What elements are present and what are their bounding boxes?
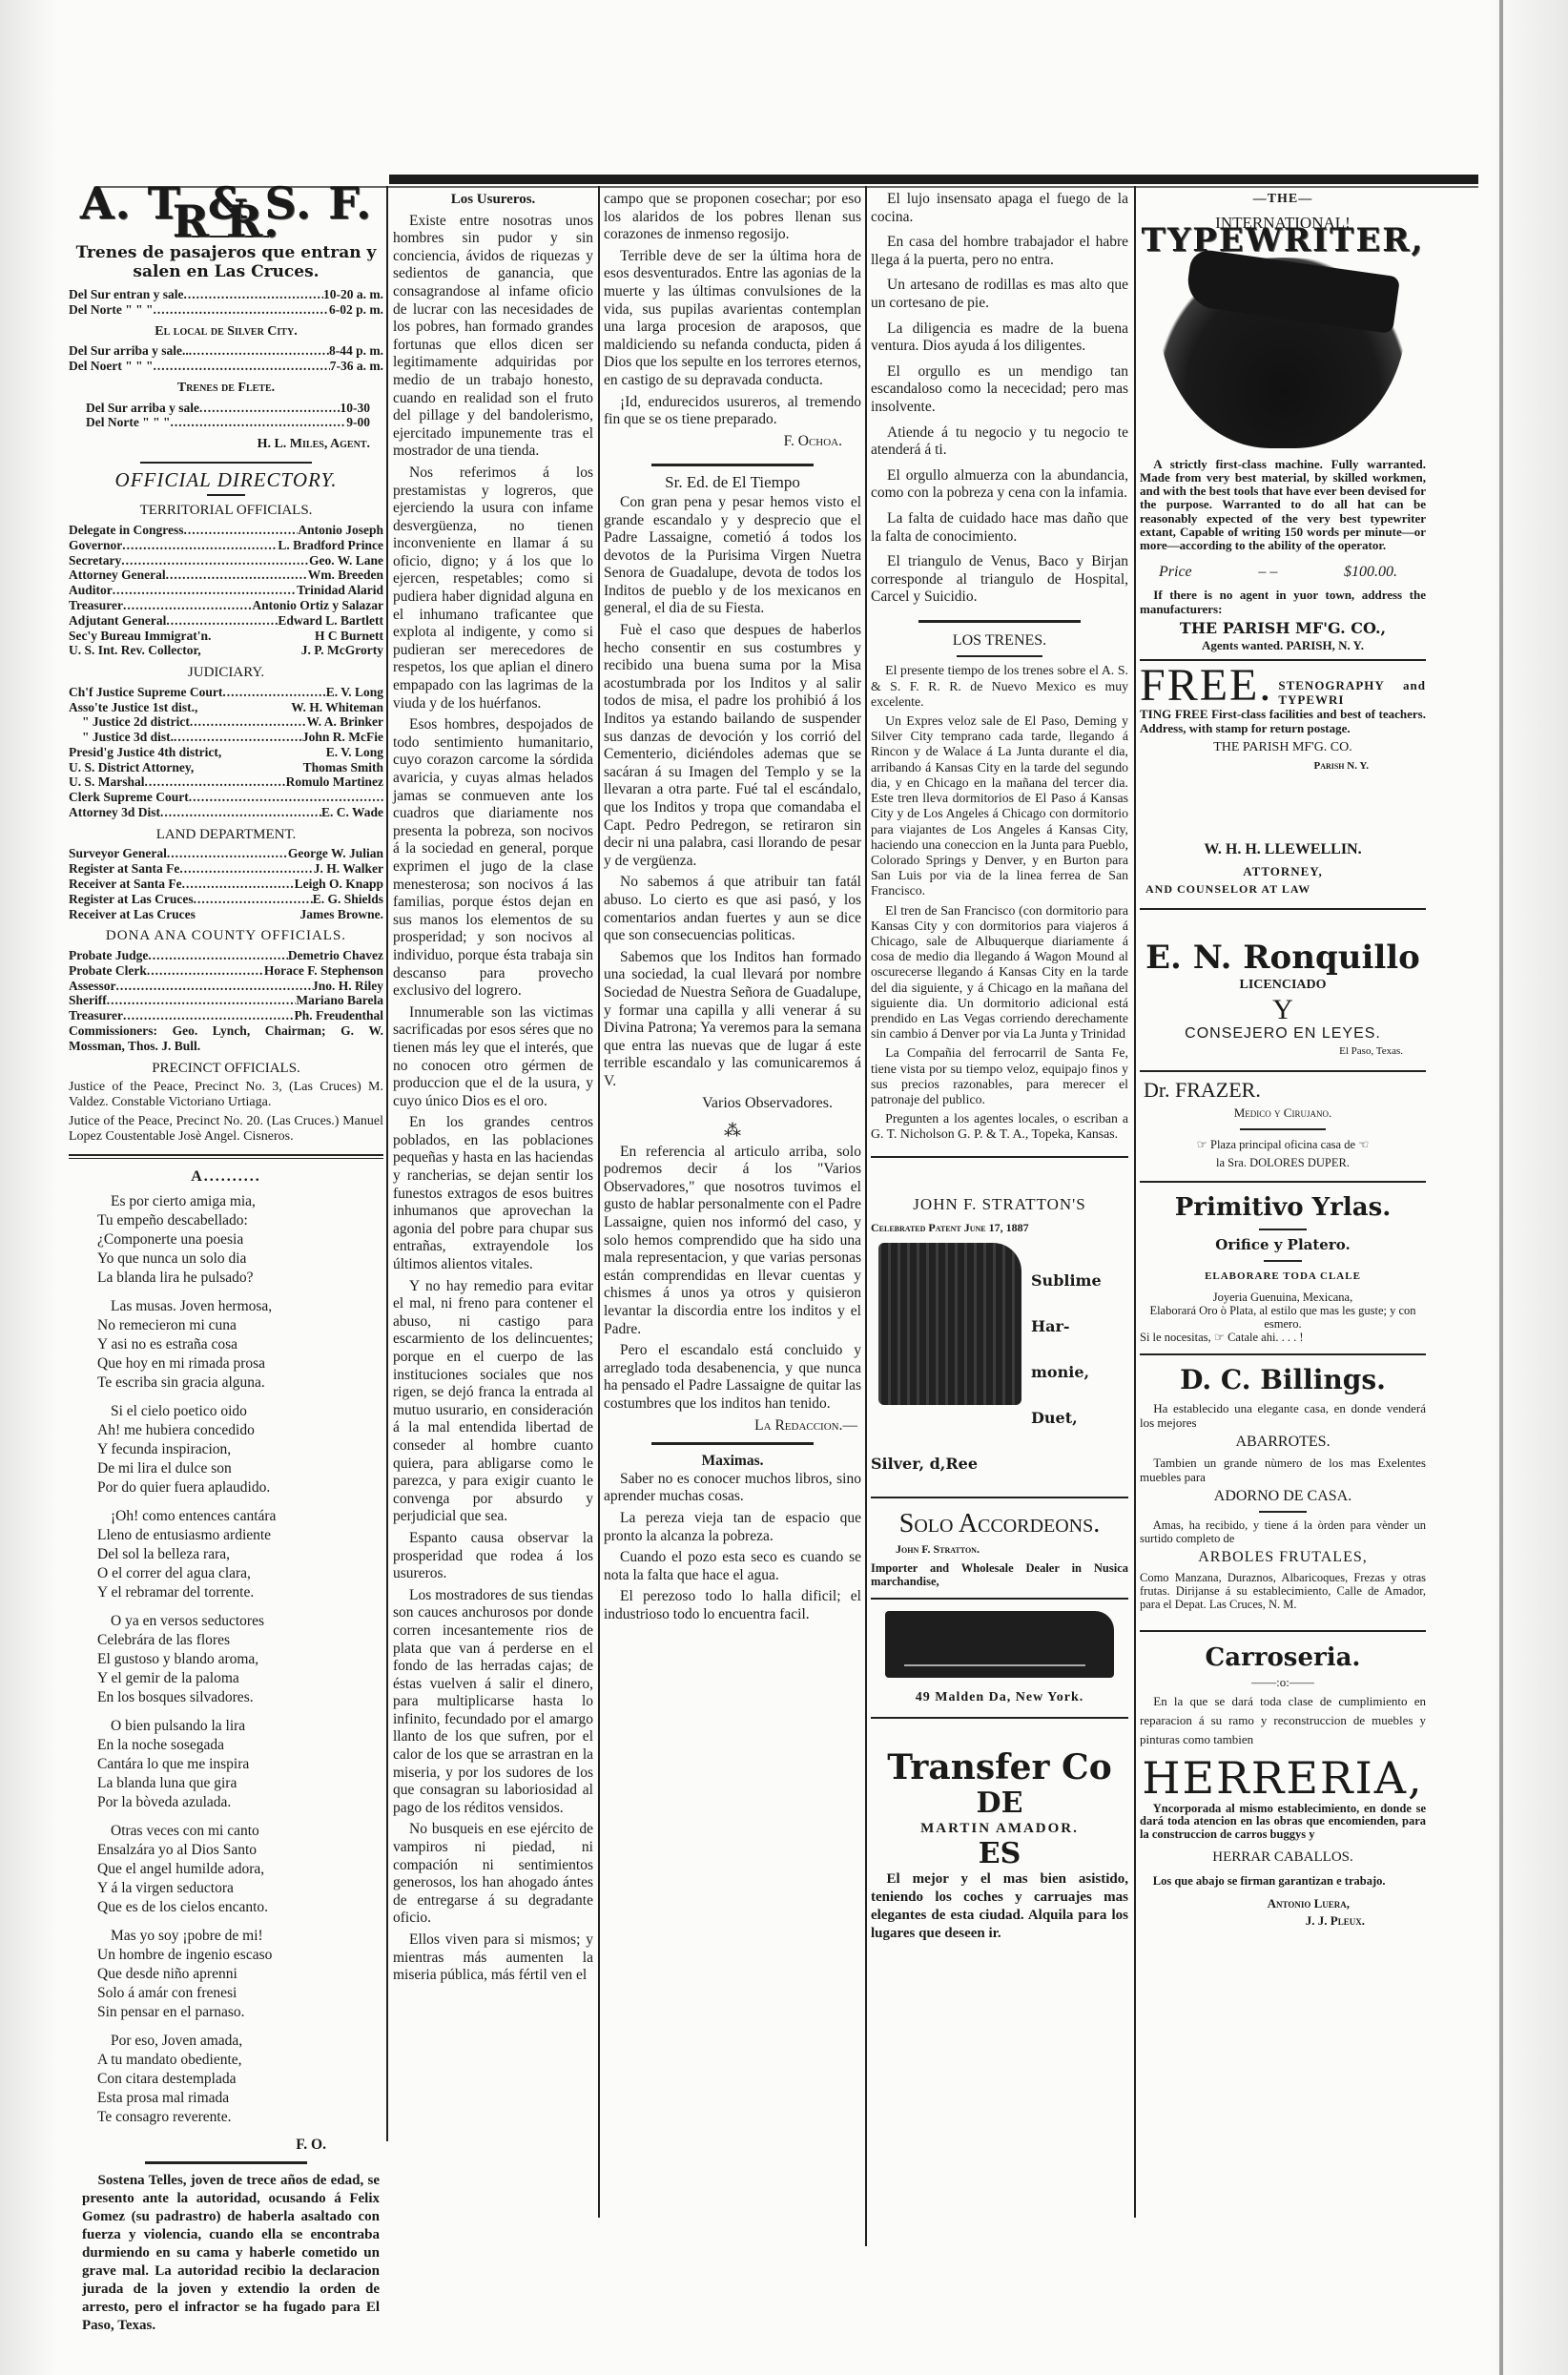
free-company: THE PARISH MF'G. CO. <box>1140 739 1426 757</box>
stratton-desc: Importer and Wholesale Dealer in Nusica … <box>871 1561 1128 1588</box>
free-word: FREE. <box>1140 665 1272 707</box>
directory-row: SecretaryGeo. W. Lane <box>69 553 383 568</box>
directory-row: Ch'f Justice Supreme CourtE. V. Long <box>69 685 383 700</box>
proverb: El orgullo es un mendigo tan escandaloso… <box>871 363 1128 417</box>
paragraph: Fuè el caso que despues de haberlos hech… <box>604 622 861 870</box>
freight-schedule: Del Sur arriba y sale10-30 Del Norte " "… <box>69 401 383 431</box>
paragraph: Los mostradores de sus tiendas son cauce… <box>393 1587 593 1818</box>
proverb: La diligencia es madre de la buena ventu… <box>871 320 1128 356</box>
column-3: campo que se proponen cosechar; por eso … <box>604 191 861 1628</box>
paragraph: Pregunten a los agentes locales, o escri… <box>871 1111 1128 1142</box>
yrlas-title: Orifice y Platero. <box>1140 1236 1426 1254</box>
paragraph: campo que se proponen cosechar; por eso … <box>604 191 861 244</box>
directory-row: Receiver at Santa FeLeigh O. Knapp <box>69 877 383 892</box>
divider <box>1140 1181 1426 1183</box>
divider <box>1140 1070 1426 1072</box>
herreria-text: Yncorporada al mismo establecimiento, en… <box>1140 1803 1426 1842</box>
trenes-body: El presente tiempo de los trenes sobre e… <box>871 663 1128 1142</box>
directory-row: Sec'y Bureau Immigrat'n.H C Burnett <box>69 629 383 644</box>
column-2: Los Usureros. Existe entre nosotras unos… <box>393 191 593 1989</box>
paragraph: Nos referimos á los prestamistas y logre… <box>393 465 593 712</box>
directory-row: Probate ClerkHorace F. Stephenson <box>69 963 383 979</box>
paragraph: Innumerable son las victimas sacrificada… <box>393 1004 593 1111</box>
directory-row: " Justice 3d dist.John R. McFie <box>69 730 383 745</box>
section-heading: LAND DEPARTMENT. <box>69 826 383 844</box>
telles-article: Sostena Telles, joven de trece años de e… <box>69 2172 383 2335</box>
paragraph: Sabemos que los Inditos han formado una … <box>604 949 861 1091</box>
frazer-ad: Dr. FRAZER. Medico y Cirujano. ☞ Plaza p… <box>1140 1082 1426 1183</box>
section-heading: PRECINCT OFFICIALS. <box>69 1060 383 1078</box>
maximas-title: Maximas. <box>604 1453 861 1471</box>
transfer-text: El mejor y el mas bien asistido, teniend… <box>871 1870 1128 1943</box>
trenes-title: LOS TRENES. <box>871 632 1128 651</box>
proverb: Atiende á tu negocio y tu negocio te ate… <box>871 424 1128 460</box>
stanza: O ya en versos seductoresCelebrára de la… <box>97 1612 383 1707</box>
section-heading: DONA ANA COUNTY OFFICIALS. <box>69 927 383 945</box>
directory-row: Clerk Supreme Court <box>69 790 383 805</box>
paragraph: Esos hombres, despojados de todo sentimi… <box>393 716 593 1001</box>
carroseria-title: Carroseria. <box>1140 1642 1426 1674</box>
signature: La Redaccion.— <box>604 1417 857 1435</box>
billings-arboles: ARBOLES FRUTALES, <box>1140 1549 1426 1567</box>
directory-row: Adjutant GeneralEdward L. Bartlett <box>69 613 383 629</box>
paragraph: La Compañia del ferrocarril de Santa Fe,… <box>871 1045 1128 1107</box>
accordeons-title: Solo Accordeons. <box>871 1508 1128 1540</box>
directory-row: Register at Las CrucesE. G. Shields <box>69 892 383 907</box>
free-ad-header: FREE. STENOGRAPHY and TYPEWRI <box>1140 665 1426 707</box>
directory-row: Probate JudgeDemetrio Chavez <box>69 948 383 963</box>
paragraph: No sabemos á que atribuir tan fatál abus… <box>604 874 861 944</box>
freight-heading: Trenes de Flete. <box>69 380 383 398</box>
transfer-title: Transfer Co <box>871 1747 1128 1787</box>
free-place: Parish N. Y. <box>1140 757 1369 775</box>
directory-row: AssessorJno. H. Riley <box>69 979 383 994</box>
proverb: El orgullo almuerza con la abundancia, c… <box>871 467 1128 503</box>
herrar-caballos: HERRAR CABALLOS. <box>1140 1848 1426 1867</box>
column-1: A. T. & S. F. R R. Trenes de pasajeros q… <box>69 191 383 2339</box>
free-side: STENOGRAPHY and TYPEWRI <box>1278 678 1426 707</box>
divider <box>1140 1353 1426 1355</box>
paragraph: ¡Id, endurecidos usureros, al tremendo f… <box>604 394 861 429</box>
divider <box>1140 1630 1426 1632</box>
directory-row: U. S. MarshalRomulo Martinez <box>69 774 383 790</box>
directory-row: U. S. District Attorney,Thomas Smith <box>69 760 383 775</box>
directory-row: Presid'g Justice 4th district,E. V. Long <box>69 745 383 760</box>
price-label: Price <box>1159 564 1192 582</box>
usureros-title: Los Usureros. <box>393 191 593 209</box>
frazer-name: Dr. FRAZER. <box>1140 1082 1426 1100</box>
railroad-masthead: A. T. & S. F. R R. <box>69 195 383 230</box>
typewriter-the: —THE— <box>1140 191 1426 209</box>
divider <box>145 2161 307 2164</box>
divider <box>1240 1128 1326 1130</box>
stanza: Mas yo soy ¡pobre de mi!Un hombre de ing… <box>97 1927 383 2022</box>
divider <box>1259 1229 1307 1230</box>
transfer-de: DE <box>871 1787 1128 1820</box>
paragraph: En referencia al articulo arriba, solo p… <box>604 1144 861 1339</box>
typewriter-company: THE PARISH MF'G. CO., <box>1140 620 1426 638</box>
paragraph: Un Expres veloz sale de El Paso, Deming … <box>871 713 1128 898</box>
frazer-office: ☞ Plaza principal oficina casa de ☜ <box>1140 1136 1426 1154</box>
llewellin-name: W. H. H. LLEWELLIN. <box>1140 841 1426 859</box>
stratton-patent: Celebrated Patent June 17, 1887 <box>871 1219 1128 1237</box>
poem-signature: F. O. <box>69 2137 326 2155</box>
divider-double <box>69 1154 383 1159</box>
stratton-title: JOHN F. STRATTON'S <box>871 1196 1128 1214</box>
herreria-title: HERRERIA, <box>1140 1753 1426 1803</box>
stanza: Por eso, Joven amada,A tu mandato obedie… <box>97 2032 383 2127</box>
directory-row: Receiver at Las CrucesJames Browne. <box>69 907 383 922</box>
poem: Es por cierto amiga mia,Tu empeño descab… <box>69 1192 383 2127</box>
typewriter-illustration <box>1159 258 1407 448</box>
ronquillo-ad: E. N. Ronquillo LICENCIADO Y CONSEJERO E… <box>1140 939 1426 1072</box>
proverb: En casa del hombre trabajador el habre l… <box>871 234 1128 269</box>
harmonica-illustration <box>885 1611 1114 1678</box>
llewellin-ad: W. H. H. LLEWELLIN. ATTORNEY, AND COUNSE… <box>1140 841 1426 910</box>
divider <box>871 1717 1128 1719</box>
divider <box>1140 908 1426 910</box>
stratton-ad: JOHN F. STRATTON'S Celebrated Patent Jun… <box>871 1196 1128 1719</box>
column-divider-3 <box>865 186 867 2246</box>
ronquillo-name: E. N. Ronquillo <box>1140 939 1426 977</box>
column-4: El lujo insensato apaga el fuego de la c… <box>871 191 1128 1947</box>
commissioners: Commissioners: Geo. Lynch, Chairman; G. … <box>69 1023 383 1054</box>
passenger-schedule: Del Sur entran y sale10-20 a. m. Del Nor… <box>69 287 383 318</box>
schedule-row: Del Noert " " "7-36 a. m. <box>69 359 383 374</box>
schedule-row: Del Sur arriba y sale..8-44 p. m. <box>69 343 383 359</box>
column-divider-2 <box>598 186 600 2218</box>
paragraph: Con gran pena y pesar hemos visto el gra… <box>604 494 861 618</box>
paragraph: La pereza vieja tan de espacio que pront… <box>604 1510 861 1545</box>
transfer-owner: MARTIN AMADOR. <box>871 1820 1128 1838</box>
directory-row: AuditorTrinidad Alarid <box>69 583 383 598</box>
divider <box>207 494 245 496</box>
divider <box>651 1442 814 1445</box>
billings-adorno: ADORNO DE CASA. <box>1140 1488 1426 1506</box>
section-heading: TERRITORIAL OFFICIALS. <box>69 502 383 520</box>
signature: F. Ochoa. <box>604 433 842 451</box>
yrlas-text2: Elaborará Oro ò Plata, al estilo que mas… <box>1140 1304 1426 1331</box>
typewriter-agents: Agents wanted. PARISH, N. Y. <box>1140 637 1426 655</box>
billings-intro: Ha establecido una elegante casa, en don… <box>1140 1401 1426 1430</box>
stanza: ¡Oh! como entences cantáraLleno de entus… <box>97 1507 383 1602</box>
directory-row: " Justice 2d districtW. A. Brinker <box>69 714 383 730</box>
schedule-row: Del Norte " " "6-02 p. m. <box>69 302 383 318</box>
divider <box>871 1598 1128 1600</box>
paragraph: No busqueis en ese ejército de vampiros … <box>393 1821 593 1928</box>
divider <box>871 1497 1128 1498</box>
stanza: Otras veces con mi cantoEnsalzára yo al … <box>97 1822 383 1917</box>
stanza: O bien pulsando la liraEn la noche soseg… <box>97 1717 383 1812</box>
directory-row: Delegate in CongressAntonio Joseph <box>69 523 383 538</box>
typewriter-title: TYPEWRITER, <box>1140 232 1426 250</box>
typewriter-desc: A strictly first-class machine. Fully wa… <box>1140 458 1426 552</box>
section-heading: JUDICIARY. <box>69 664 383 682</box>
ronquillo-place: El Paso, Texas. <box>1140 1043 1403 1061</box>
schedule-row: Del Sur arriba y sale10-30 <box>86 401 370 416</box>
directory-row: TreasurerAntonio Ortiz y Salazar <box>69 598 383 613</box>
paragraph: Ellos viven para si mismos; y mientras m… <box>393 1931 593 1985</box>
free-text: TING FREE First-class facilities and bes… <box>1140 707 1426 735</box>
paragraph: Terrible deve de ser la última hora de e… <box>604 248 861 390</box>
price-dashes: – – <box>1258 564 1277 582</box>
paragraph: Espanto causa observar la prosperidad qu… <box>393 1530 593 1583</box>
ronquillo-sub: CONSEJERO EN LEYES. <box>1140 1025 1426 1043</box>
proverb: El lujo insensato apaga el fuego de la c… <box>871 191 1128 226</box>
railroad-subtitle: Trenes de pasajeros que entran y salen e… <box>69 243 383 281</box>
accordion-illustration <box>878 1243 1021 1405</box>
directory-row: Attorney 3d DistE. C. Wade <box>69 805 383 820</box>
paragraph: Y no hay remedio para evitar el mal, ni … <box>393 1278 593 1526</box>
local-heading: El local de Silver City. <box>69 323 383 341</box>
ronquillo-title: LICENCIADO <box>1140 977 1426 995</box>
divider <box>1264 1260 1302 1262</box>
directory-row: Surveyor GeneralGeorge W. Julian <box>69 846 383 861</box>
directory-row: U. S. Int. Rev. Collector,J. P. McGrorty <box>69 643 383 658</box>
paragraph: El perezoso todo lo halla dificil; el in… <box>604 1588 861 1623</box>
divider <box>957 655 1042 657</box>
divider <box>651 464 814 466</box>
paragraph: El presente tiempo de los trenes sobre e… <box>871 663 1128 710</box>
yrlas-text3: Si le nocesitas, ☞ Catale ahi. . . . ! <box>1140 1331 1426 1344</box>
letter-title: Sr. Ed. de El Tiempo <box>604 474 861 492</box>
carroseria-guarantee: Los que abajo se firman garantizan e tra… <box>1140 1874 1426 1888</box>
railroad-agent: H. L. Miles, Agent. <box>69 436 370 454</box>
carroseria-ornament: ——:o:—— <box>1140 1674 1426 1692</box>
directory-territorial: TERRITORIAL OFFICIALS. Delegate in Congr… <box>69 502 383 658</box>
directory-title: OFFICIAL DIRECTORY. <box>69 471 383 489</box>
yrlas-ad: Primitivo Yrlas. Orifice y Platero. ELAB… <box>1140 1192 1426 1355</box>
signer: J. J. Pleux. <box>1140 1912 1365 1931</box>
yrlas-text1: Joyeria Guenuina, Mexicana, <box>1140 1291 1426 1304</box>
divider <box>140 462 312 464</box>
signature: Varios Observadores. <box>604 1095 833 1113</box>
billings-amas: Amas, ha recibido, y tiene á la òrden pa… <box>1140 1518 1426 1545</box>
price-value: $100.00. <box>1344 564 1397 582</box>
stratton-line: Silver, d,Ree <box>871 1441 1128 1487</box>
local-schedule: Del Sur arriba y sale..8-44 p. m. Del No… <box>69 343 383 374</box>
asterism: ⁂ <box>604 1122 861 1140</box>
paragraph: Cuando el pozo esta seco es cuando se no… <box>604 1549 861 1584</box>
carroseria-ad: Carroseria. ——:o:—— En la que se dará to… <box>1140 1642 1426 1931</box>
paragraph: Saber no es conocer muchos libros, sino … <box>604 1471 861 1506</box>
ronquillo-y: Y <box>1140 995 1426 1025</box>
precinct-paragraph: Justice of the Peace, Precinct No. 3, (L… <box>69 1080 383 1110</box>
page-border-right <box>1499 0 1503 2375</box>
llewellin-sub: AND COUNSELOR AT LAW <box>1140 880 1426 898</box>
transfer-ad: Transfer Co DE MARTIN AMADOR. ES El mejo… <box>871 1747 1128 1943</box>
directory-row: SheriffMariano Barela <box>69 993 383 1008</box>
carroseria-text: En la que se dará toda clase de cumplimi… <box>1140 1692 1426 1749</box>
stanza: Si el cielo poetico oidoAh! me hubiera c… <box>97 1402 383 1497</box>
directory-row: TreasurerPh. Freudenthal <box>69 1008 383 1023</box>
schedule-row: Del Sur entran y sale10-20 a. m. <box>69 287 383 302</box>
poem-title: A.......... <box>69 1168 383 1187</box>
directory-row: Attorney GeneralWm. Breeden <box>69 568 383 583</box>
directory-row: GovernorL. Bradford Prince <box>69 538 383 553</box>
paragraph: Pero el escandalo está concluido y arreg… <box>604 1342 861 1413</box>
directory-row: Register at Santa FeJ. H. Walker <box>69 861 383 877</box>
divider <box>918 620 1081 623</box>
column-divider-1 <box>386 186 388 2141</box>
divider <box>1259 1511 1307 1513</box>
directory-land: LAND DEPARTMENT. Surveyor GeneralGeorge … <box>69 826 383 922</box>
frazer-office2: la Sra. DOLORES DUPER. <box>1140 1154 1426 1172</box>
frazer-title: Medico y Cirujano. <box>1140 1105 1426 1123</box>
billings-name: D. C. Billings. <box>1140 1365 1426 1395</box>
stanza: Es por cierto amiga mia,Tu empeño descab… <box>97 1192 383 1288</box>
precinct-paragraph: Jutice of the Peace, Precinct No. 20. (L… <box>69 1114 383 1145</box>
llewellin-title: ATTORNEY, <box>1140 863 1426 881</box>
stratton-address: 49 Malden Da, New York. <box>871 1689 1128 1707</box>
directory-judiciary: JUDICIARY. Ch'f Justice Supreme CourtE. … <box>69 664 383 820</box>
directory-county: DONA ANA COUNTY OFFICIALS. Probate Judge… <box>69 927 383 1053</box>
billings-ad: D. C. Billings. Ha establecido una elega… <box>1140 1365 1426 1632</box>
divider <box>871 1156 1128 1158</box>
paragraph: En los grandes centros poblados, en las … <box>393 1114 593 1273</box>
yrlas-name: Primitivo Yrlas. <box>1140 1192 1426 1223</box>
paragraph: El tren de San Francisco (con dormitorio… <box>871 903 1128 1043</box>
billings-abarrotes: ABARROTES. <box>1140 1434 1426 1452</box>
typewriter-price-row: Price – – $100.00. <box>1140 556 1426 588</box>
column-divider-4 <box>1134 186 1136 2218</box>
top-rule <box>389 175 1478 184</box>
stratton-name: John F. Stratton. <box>871 1540 1128 1559</box>
proverb: La falta de cuidado hace mas daño que la… <box>871 510 1128 546</box>
stanza: Las musas. Joven hermosa,No remecieron m… <box>97 1297 383 1393</box>
proverb: Un artesano de rodillas es mas alto que … <box>871 277 1128 312</box>
billings-tambien: Tambien un grande nùmero de los mas Exel… <box>1140 1456 1426 1484</box>
transfer-es: ES <box>871 1838 1128 1870</box>
proverb: El triangulo de Venus, Baco y Birjan cor… <box>871 553 1128 607</box>
typewriter-no-agent: If there is no agent in yuor town, addre… <box>1140 588 1426 616</box>
billings-frutas: Como Manzana, Duraznos, Albaricoques, Fr… <box>1140 1571 1426 1611</box>
directory-precinct: PRECINCT OFFICIALS. Justice of the Peace… <box>69 1060 383 1146</box>
schedule-row: Del Norte " " "9-00 <box>86 415 370 430</box>
column-5: —THE— INTERNATIONAL! TYPEWRITER, A stric… <box>1140 191 1426 1931</box>
paragraph: Existe entre nosotras unos hombres sin p… <box>393 213 593 461</box>
directory-row: Asso'te Justice 1st dist.,W. H. Whiteman <box>69 700 383 715</box>
signer: Antonio Luera, <box>1140 1895 1350 1913</box>
yrlas-line: ELABORARE TODA CLALE <box>1140 1268 1426 1286</box>
